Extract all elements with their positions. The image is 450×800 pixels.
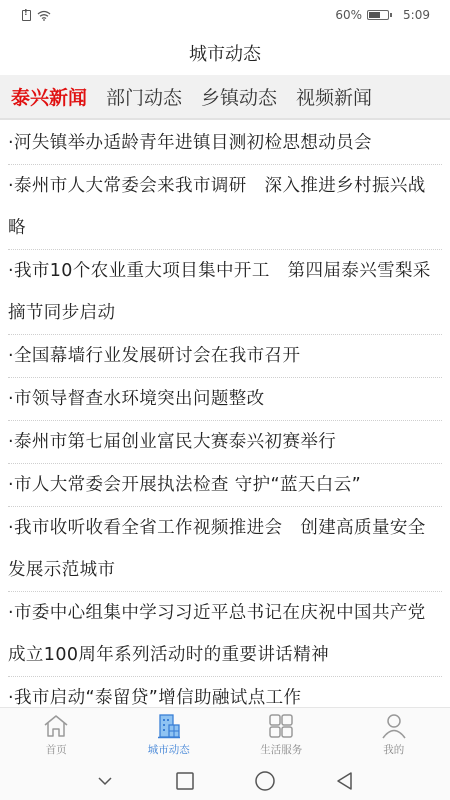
tab-township-news[interactable]: 乡镇动态	[201, 83, 277, 110]
user-icon	[380, 713, 408, 739]
collapse-icon	[97, 776, 113, 786]
category-tabs: 泰兴新闻 部门动态 乡镇动态 视频新闻	[0, 75, 450, 120]
home-circle-icon	[254, 770, 276, 792]
bottom-tab-bar: 首页 城市动态 生活服务 我的	[0, 707, 450, 762]
sim-alert-icon	[22, 10, 31, 21]
bottom-tab-city-news[interactable]: 城市动态	[113, 708, 226, 762]
news-item[interactable]: ·我市收听收看全省工作视频推进会 创建高质量安全发展示范城市	[8, 507, 442, 592]
status-right: 60% 5:09	[335, 8, 430, 22]
battery-percent: 60%	[335, 8, 362, 22]
home-icon	[42, 713, 70, 739]
bottom-tab-home[interactable]: 首页	[0, 708, 113, 762]
grid-icon	[267, 713, 295, 739]
bottom-tab-life-services[interactable]: 生活服务	[225, 708, 338, 762]
news-item[interactable]: ·我市启动“泰留贷”增信助融试点工作	[8, 677, 442, 707]
status-left	[22, 10, 51, 21]
collapse-button[interactable]	[90, 766, 120, 796]
title-bar: 城市动态	[0, 30, 450, 75]
clock: 5:09	[403, 8, 430, 22]
bottom-tab-label: 我的	[383, 742, 404, 757]
wifi-icon	[37, 10, 51, 21]
tab-taixing-news[interactable]: 泰兴新闻	[11, 83, 87, 110]
back-icon	[335, 771, 355, 791]
news-item[interactable]: ·泰州市人大常委会来我市调研 深入推进乡村振兴战略	[8, 165, 442, 250]
news-item[interactable]: ·市人大常委会开展执法检查 守护“蓝天白云”	[8, 464, 442, 507]
news-item[interactable]: ·我市10个农业重大项目集中开工 第四届泰兴雪梨采摘节同步启动	[8, 250, 442, 335]
building-icon	[155, 713, 183, 739]
news-list[interactable]: ·河失镇举办适龄青年进镇目测初检思想动员会 ·泰州市人大常委会来我市调研 深入推…	[0, 122, 450, 707]
system-nav-bar	[0, 762, 450, 800]
bottom-tab-mine[interactable]: 我的	[338, 708, 450, 762]
tab-video-news[interactable]: 视频新闻	[296, 83, 372, 110]
home-button[interactable]	[250, 766, 280, 796]
battery-icon	[367, 10, 389, 20]
page-title: 城市动态	[189, 40, 261, 66]
news-item[interactable]: ·河失镇举办适龄青年进镇目测初检思想动员会	[8, 122, 442, 165]
recent-apps-icon	[175, 771, 195, 791]
bottom-tab-label: 首页	[46, 742, 67, 757]
recent-apps-button[interactable]	[170, 766, 200, 796]
news-item[interactable]: ·泰州市第七届创业富民大赛泰兴初赛举行	[8, 421, 442, 464]
news-item[interactable]: ·市委中心组集中学习习近平总书记在庆祝中国共产党成立100周年系列活动时的重要讲…	[8, 592, 442, 677]
news-item[interactable]: ·全国幕墙行业发展研讨会在我市召开	[8, 335, 442, 378]
tab-department-news[interactable]: 部门动态	[106, 83, 182, 110]
bottom-tab-label: 生活服务	[260, 742, 302, 757]
back-button[interactable]	[330, 766, 360, 796]
bottom-tab-label: 城市动态	[148, 742, 190, 757]
news-item[interactable]: ·市领导督查水环境突出问题整改	[8, 378, 442, 421]
status-bar: 60% 5:09	[0, 0, 450, 30]
